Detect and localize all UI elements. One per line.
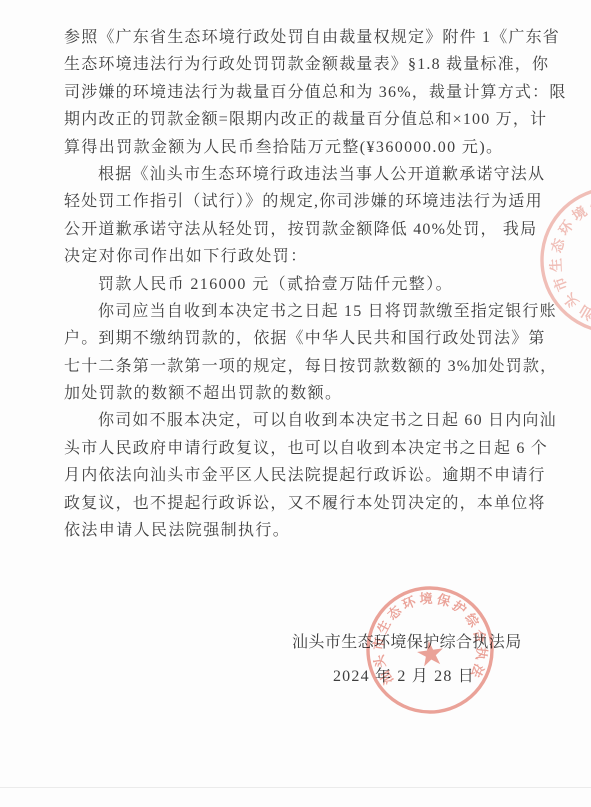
issue-date: 2024 年 2 月 28 日 [292, 663, 516, 686]
scanned-document-page: 参照《广东省生态环境行政处罚自由裁量权规定》附件 1《广东省生态环境违法行为行政… [0, 0, 591, 807]
document-body: 参照《广东省生态环境行政处罚自由裁量权规定》附件 1《广东省生态环境违法行为行政… [64, 24, 535, 544]
doc-line: 公开道歉承诺守法从轻处罚，按罚款金额降低 40%处罚， 我局 [64, 216, 535, 243]
doc-line: 司涉嫌的环境违法行为裁量百分值总和为 36%，裁量计算方式：限 [64, 79, 535, 106]
doc-line: 决定对你司作出如下行政处罚： [64, 243, 535, 270]
doc-line: 加处罚款的数额不超出罚款的数额。 [64, 380, 535, 407]
issuing-agency-name: 汕头市生态环境保护综合执法局 [292, 629, 516, 652]
doc-line: 依法申请人民法院强制执行。 [64, 517, 535, 544]
doc-line: 头市人民政府申请行政复议，也可以自收到本决定书之日起 6 个 [64, 435, 535, 462]
doc-line: 参照《广东省生态环境行政处罚自由裁量权规定》附件 1《广东省 [64, 24, 535, 51]
doc-line: 你司应当自收到本决定书之日起 15 日将罚款缴至指定银行账 [64, 298, 535, 325]
doc-line: 根据《汕头市生态环境行政违法当事人公开道歉承诺守法从 [64, 161, 535, 188]
doc-line: 轻处罚工作指引（试行）》的规定,你司涉嫌的环境违法行为适用 [64, 188, 535, 215]
doc-line: 期内改正的罚款金额=限期内改正的裁量百分值总和×100 万，计 [64, 106, 535, 133]
doc-line: 罚款人民币 216000 元（贰拾壹万陆仟元整）。 [64, 271, 535, 298]
doc-line: 七十二条第一款第一项的规定，每日按罚款数额的 3%加处罚款， [64, 353, 535, 380]
doc-line: 生态环境违法行为行政处罚罚款金额裁量表》§1.8 裁量标准，你 [64, 51, 535, 78]
scan-artifact-line [0, 787, 591, 788]
signature-block: 汕头市生态环境保护综合执法局 2024 年 2 月 28 日 [292, 629, 516, 686]
doc-line: 户。到期不缴纳罚款的，依据《中华人民共和国行政处罚法》第 [64, 325, 535, 352]
doc-line: 政复议，也不提起行政诉讼，又不履行本处罚决定的，本单位将 [64, 490, 535, 517]
doc-line: 你司如不服本决定，可以自收到本决定书之日起 60 日内向汕 [64, 407, 535, 434]
doc-line: 算得出罚款金额为人民币叁拾陆万元整(¥360000.00 元)。 [64, 134, 535, 161]
doc-line: 月内依法向汕头市金平区人民法院提起行政诉讼。逾期不申请行 [64, 462, 535, 489]
